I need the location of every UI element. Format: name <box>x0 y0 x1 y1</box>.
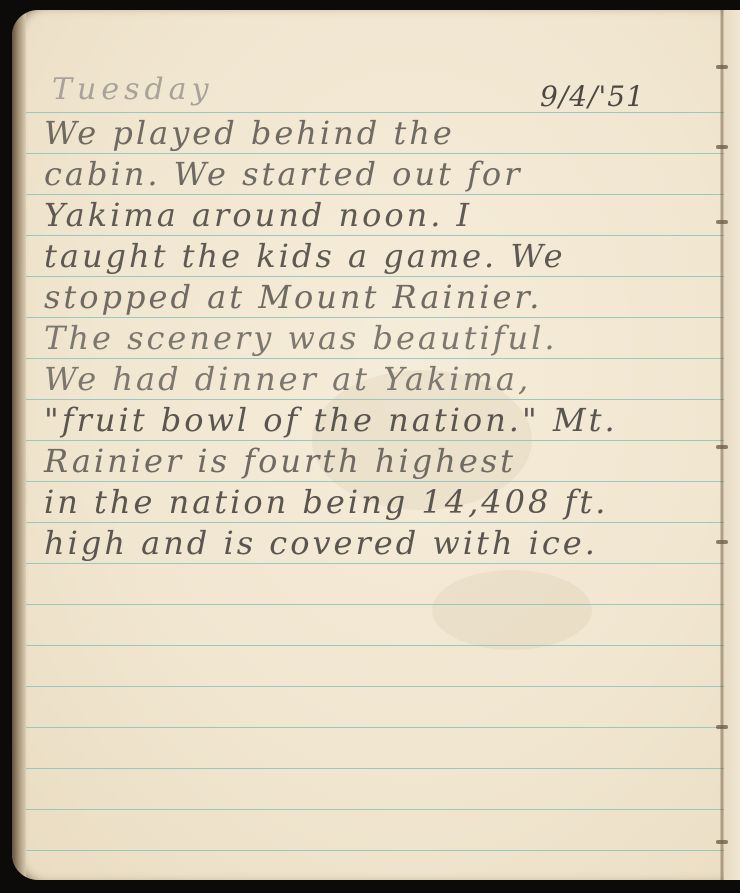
ruled-line <box>26 153 740 154</box>
notebook-page: Tuesday 9/4/'51 We played behind the cab… <box>12 10 740 880</box>
ruled-line <box>26 481 740 482</box>
ruled-line <box>26 194 740 195</box>
entry-line: taught the kids a game. We <box>44 237 566 275</box>
binding-stitch <box>716 220 728 224</box>
paper-stain <box>432 570 592 650</box>
binding-stitch <box>716 725 728 729</box>
binding-stitch <box>716 540 728 544</box>
ruled-line <box>26 358 740 359</box>
entry-line: Yakima around noon. I <box>44 196 472 234</box>
binding-stitch <box>716 145 728 149</box>
ruled-line <box>26 563 740 564</box>
ruled-line <box>26 276 740 277</box>
entry-line: Rainier is fourth highest <box>44 442 516 480</box>
ruled-line <box>26 235 740 236</box>
ruled-line <box>26 604 740 605</box>
ruled-line <box>26 809 740 810</box>
binding-stitch <box>716 445 728 449</box>
page-left-edge <box>12 10 26 880</box>
entry-line: cabin. We started out for <box>44 155 522 193</box>
entry-date: 9/4/'51 <box>540 80 645 113</box>
entry-line: We had dinner at Yakima, <box>44 360 531 398</box>
ruled-line <box>26 522 740 523</box>
binding-stitch <box>716 840 728 844</box>
ruled-line <box>26 440 740 441</box>
entry-line: We played behind the <box>44 114 455 152</box>
entry-day: Tuesday <box>52 72 214 107</box>
ruled-line <box>26 727 740 728</box>
entry-line: "fruit bowl of the nation." Mt. <box>44 401 618 439</box>
ruled-line <box>26 399 740 400</box>
ruled-line <box>26 850 740 851</box>
entry-line: stopped at Mount Rainier. <box>44 278 542 316</box>
entry-line: high and is covered with ice. <box>44 524 598 562</box>
entry-line: The scenery was beautiful. <box>44 319 558 357</box>
entry-line: in the nation being 14,408 ft. <box>44 483 608 521</box>
ruled-line <box>26 645 740 646</box>
scanned-page: Tuesday 9/4/'51 We played behind the cab… <box>0 0 740 893</box>
ruled-line <box>26 686 740 687</box>
ruled-line <box>26 317 740 318</box>
binding-stitch <box>716 65 728 69</box>
ruled-line <box>26 768 740 769</box>
